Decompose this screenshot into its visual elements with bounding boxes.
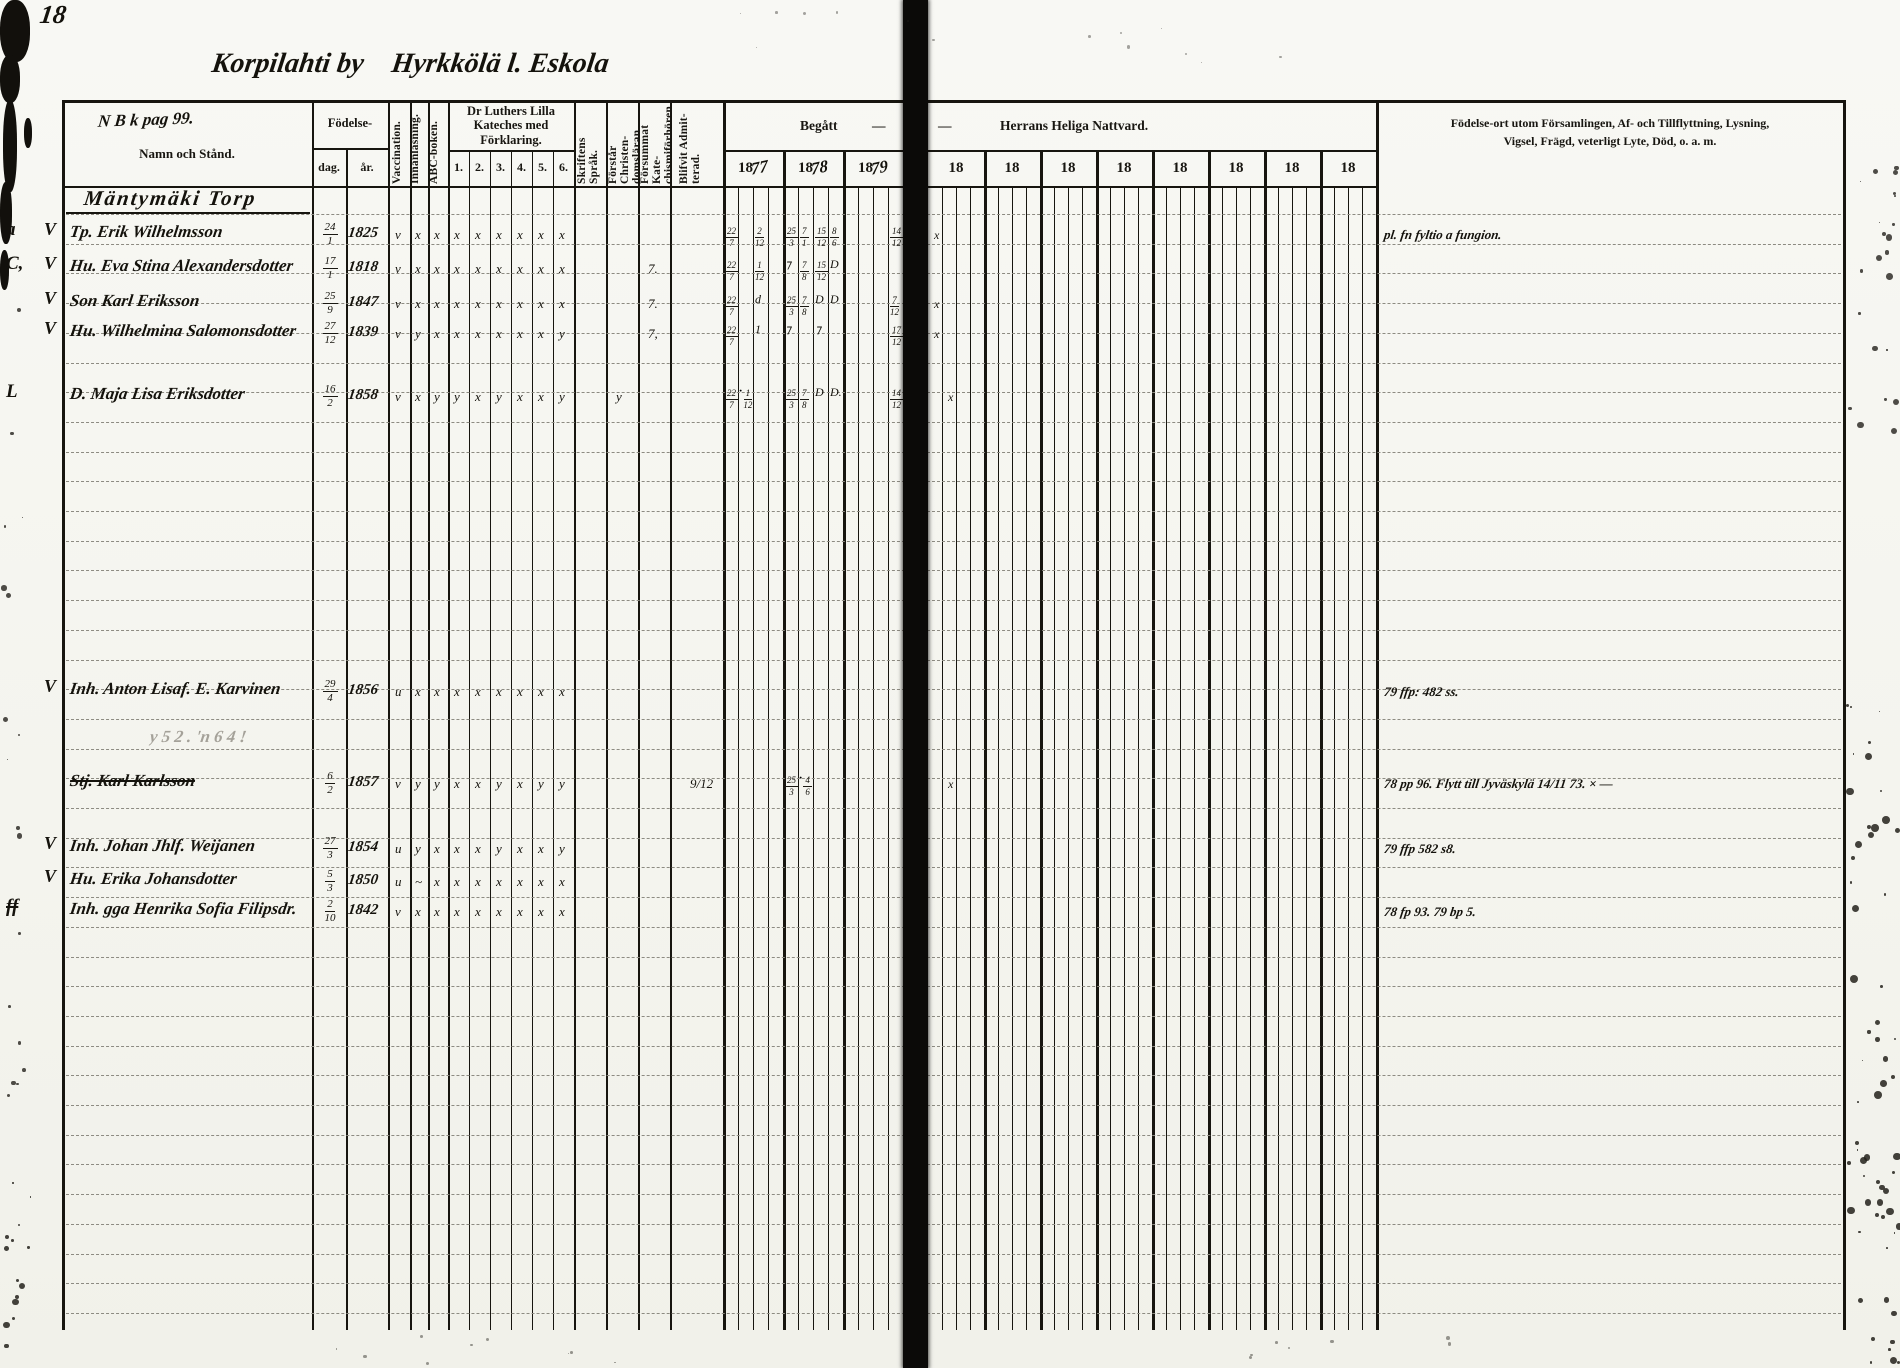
scan-speckle	[3, 1322, 9, 1328]
year-header-printed: 18	[1061, 160, 1076, 177]
examination-mark: y	[559, 326, 565, 342]
grid-line-vertical	[606, 100, 608, 1330]
examination-mark: x	[434, 227, 440, 243]
row-note: 78 pp 96. Flytt till Jyväskylä 14/11 73.…	[1383, 776, 1614, 792]
birth-day-value: 171	[316, 251, 344, 281]
row-ruling-line	[66, 600, 1841, 601]
year-header-cell: 1877	[723, 150, 783, 186]
row-name: Inh. Anton Lisaf. E. Karvinen	[69, 679, 282, 699]
year-header-cell: 1879	[843, 150, 903, 186]
examination-mark: x	[517, 776, 523, 792]
notes-header-line1: Födelse-ort utom Församlingen, Af- och T…	[1384, 114, 1836, 132]
scan-speckle	[1886, 1247, 1888, 1249]
scanned-parish-register-page: { "page": { "folio_number": "18", "title…	[0, 0, 1900, 1368]
grid-line-vertical	[448, 100, 450, 1330]
scan-speckle	[4, 1246, 9, 1251]
examination-mark: ~	[415, 874, 422, 890]
grid-line-vertical	[1166, 186, 1167, 1330]
communion-date-entry: ⁊	[815, 320, 821, 338]
scan-speckle	[16, 1279, 19, 1282]
year-header-cell: 18	[984, 150, 1040, 186]
row-name: Inh. gga Henrika Sofia Filipsdr.	[69, 899, 299, 919]
communion-date-entry: D	[830, 290, 839, 308]
catechism-line1: Dr Luthers Lilla	[448, 104, 574, 118]
column-header-vaccination: Vaccination.	[391, 106, 403, 184]
communion-date-entry: 1512	[815, 255, 828, 282]
birth-day-value: 62	[316, 766, 344, 796]
row-ruling-line	[66, 511, 1841, 512]
scan-speckle	[1161, 28, 1162, 29]
examination-mark: v	[395, 389, 401, 405]
grid-line-vertical	[1278, 186, 1279, 1330]
catechism-sub-header: 2.	[469, 160, 490, 175]
catechism-sub-header: 6.	[553, 160, 574, 175]
scan-speckle	[1858, 312, 1860, 314]
examination-mark: x	[454, 904, 460, 920]
row-ruling-line	[66, 1283, 1841, 1284]
margin-checkmark: V	[44, 219, 56, 240]
examination-mark: y	[559, 841, 565, 857]
scan-speckle	[11, 1081, 15, 1085]
scan-speckle	[1886, 273, 1893, 280]
examination-mark: x	[538, 904, 544, 920]
examination-mark: x	[559, 874, 565, 890]
examination-mark: x	[559, 904, 565, 920]
communion-date-entry: ⁊	[785, 255, 791, 273]
grid-line-vertical	[1264, 150, 1267, 1330]
year-header-script: 78	[810, 156, 828, 180]
scan-speckle	[1881, 1215, 1885, 1219]
grid-line-vertical	[1334, 186, 1335, 1330]
scan-speckle	[1893, 170, 1898, 175]
examination-mark: x	[517, 296, 523, 312]
scan-edge-artifact	[0, 182, 12, 244]
row-name: Tp. Erik Wilhelmsson	[69, 222, 224, 242]
row-note: pl. fn fyltio a fungion.	[1383, 227, 1503, 243]
grid-line-vertical	[1068, 186, 1069, 1330]
row-ruling-line	[66, 927, 1841, 928]
examination-mark: x	[538, 389, 544, 405]
birth-year-value: 1858	[347, 387, 379, 404]
scan-speckle	[12, 1299, 19, 1306]
grid-line-vertical	[843, 150, 846, 1330]
scan-speckle	[1850, 881, 1852, 883]
birth-year-value: 1839	[347, 324, 379, 341]
communion-date-entry: 227	[725, 221, 738, 248]
column-header-birth-day: dag.	[312, 160, 346, 175]
examination-mark: x	[559, 684, 565, 700]
grid-line-vertical	[638, 100, 640, 1330]
year-header-cell: 1878	[783, 150, 843, 186]
row-ruling-line	[66, 719, 1841, 720]
examination-mark: x	[454, 874, 460, 890]
communion-date-entry: 227·112	[725, 383, 752, 410]
scan-speckle	[1857, 422, 1863, 428]
scan-speckle	[1279, 56, 1282, 59]
examination-mark: x	[496, 227, 502, 243]
scan-speckle	[1893, 1153, 1900, 1160]
column-annotation-mark: 7.	[648, 261, 658, 277]
examination-mark: x	[454, 261, 460, 277]
scan-speckle	[1847, 1161, 1851, 1165]
examination-mark: x	[434, 904, 440, 920]
grid-line-vertical	[428, 103, 430, 1330]
notes-header-line2: Vigsel, Frägd, veterligt Lyte, Död, o. a…	[1384, 132, 1836, 150]
communion-date-entry: 1	[755, 320, 761, 338]
row-name: y 5 2 . 'n 6 4 !	[149, 727, 248, 747]
birth-day-value: 259	[316, 286, 344, 316]
after-fold-mark: x	[948, 388, 953, 406]
row-ruling-line	[66, 630, 1841, 631]
scan-speckle	[1446, 1336, 1450, 1340]
examination-mark: y	[538, 776, 544, 792]
row-ruling-line	[66, 1075, 1841, 1076]
examination-mark: x	[538, 326, 544, 342]
scan-speckle	[6, 593, 11, 598]
table-right-border	[1843, 100, 1846, 1330]
scan-speckle	[1872, 346, 1877, 351]
examination-mark: x	[454, 296, 460, 312]
catechism-sub-header: 3.	[490, 160, 511, 175]
examination-mark: x	[475, 389, 481, 405]
after-fold-mark: x	[934, 226, 939, 244]
column-header-catechism: Dr Luthers Lilla Kateches med Förklaring…	[448, 104, 574, 147]
catechism-sub-header: 5.	[532, 160, 553, 175]
birth-year-value: 1850	[347, 872, 379, 889]
examination-mark: v	[395, 261, 401, 277]
examination-mark: x	[496, 326, 502, 342]
communion-date-entry: 212	[755, 221, 764, 248]
year-header-printed: 18	[1285, 160, 1300, 177]
examination-mark: x	[475, 904, 481, 920]
column-header-birth-year: år.	[346, 160, 388, 175]
examination-mark: x	[496, 261, 502, 277]
examination-mark: v	[395, 227, 401, 243]
year-header-cell: 18	[1264, 150, 1320, 186]
communion-date-entry: 71	[800, 221, 809, 248]
communion-date-entry: 78	[800, 290, 809, 317]
scan-speckle	[1890, 1340, 1894, 1344]
grid-line-vertical	[1054, 186, 1055, 1330]
margin-checkmark: V	[44, 833, 56, 854]
birth-year-value: 1847	[347, 294, 379, 311]
scan-speckle	[470, 1344, 473, 1347]
scan-edge-artifact	[24, 118, 32, 148]
catechism-sub-header: 4.	[511, 160, 532, 175]
grid-line-vertical	[670, 100, 672, 1330]
examination-mark: y	[434, 776, 440, 792]
examination-mark: x	[475, 296, 481, 312]
row-name: Stj. Karl Karlsson	[69, 771, 197, 791]
scan-speckle	[1867, 1030, 1870, 1033]
scan-edge-artifact	[0, 250, 9, 290]
examination-mark: x	[517, 326, 523, 342]
scan-speckle	[1892, 223, 1894, 225]
grid-line-vertical	[1194, 186, 1195, 1330]
column-header-admitted: Blifvit Admit-terad.	[678, 106, 702, 184]
grid-line-vertical	[1040, 150, 1043, 1330]
examination-mark: x	[517, 904, 523, 920]
examination-mark: x	[475, 776, 481, 792]
year-header-cell: 18	[1208, 150, 1264, 186]
scan-speckle	[775, 11, 778, 14]
row-note: 78 fp 93. 79 bp 5.	[1383, 904, 1477, 920]
grid-line-vertical	[723, 100, 726, 1330]
grid-line-vertical	[1026, 186, 1027, 1330]
communion-date-entry: 253	[785, 383, 798, 410]
row-ruling-line	[66, 1135, 1841, 1136]
examination-mark: x	[415, 296, 421, 312]
scan-speckle	[18, 932, 21, 935]
year-header-printed: 18	[1005, 160, 1020, 177]
examination-mark: x	[475, 261, 481, 277]
examination-mark: y	[496, 841, 502, 857]
grid-line-vertical	[1138, 186, 1139, 1330]
grid-line-vertical	[1208, 150, 1211, 1330]
scan-speckle	[1884, 893, 1886, 895]
book-fold-shadow	[903, 0, 928, 1368]
row-ruling-line	[66, 749, 1841, 750]
birth-day-value: 2712	[316, 316, 344, 346]
row-ruling-line	[66, 1016, 1841, 1017]
grid-line-vertical	[410, 103, 412, 1330]
row-name: Hu. Wilhelmina Salomonsdotter	[69, 321, 298, 341]
birth-day-value: 273	[316, 831, 344, 861]
table-left-border	[62, 100, 65, 1330]
grid-line-vertical	[813, 186, 814, 1330]
scan-speckle	[932, 39, 934, 41]
examination-mark: x	[415, 684, 421, 700]
year-header-printed: 18	[1173, 160, 1188, 177]
grid-line-vertical	[532, 150, 533, 1330]
column-header-abc-book: ABC-boken.	[428, 106, 440, 184]
column-annotation-mark: y	[616, 389, 622, 405]
header-margin-note-script: N B k pag 99.	[97, 108, 195, 131]
row-ruling-line	[66, 808, 1841, 809]
column-header-notes: Födelse-ort utom Församlingen, Af- och T…	[1384, 114, 1836, 150]
examination-mark: u	[395, 841, 402, 857]
scan-speckle	[11, 1239, 14, 1242]
grid-line-vertical	[956, 186, 957, 1330]
grid-line-vertical	[312, 100, 314, 1330]
scan-speckle	[1888, 1348, 1891, 1351]
birth-day-value: 294	[316, 674, 344, 704]
row-ruling-line	[66, 363, 1841, 364]
row-ruling-line	[66, 986, 1841, 987]
examination-mark: x	[538, 227, 544, 243]
scan-speckle	[27, 1246, 29, 1248]
row-name: Hu. Erika Johansdotter	[69, 869, 239, 889]
examination-mark: x	[434, 296, 440, 312]
communion-date-entry: D.	[830, 383, 842, 401]
examination-mark: x	[559, 296, 565, 312]
page-title-script: Korpilahti by Hyrkkölä l. Eskola	[210, 48, 611, 80]
margin-mark-outer: ff	[6, 896, 18, 918]
communion-date-entry: 86	[830, 221, 839, 248]
communion-date-entry: 112	[755, 255, 764, 282]
grid-line-vertical	[798, 186, 799, 1330]
row-ruling-line	[66, 452, 1841, 453]
row-name: Inh. Johan Jhlf. Weijanen	[69, 836, 257, 856]
examination-mark: x	[496, 904, 502, 920]
grid-line-vertical	[738, 186, 739, 1330]
scan-speckle	[17, 833, 23, 839]
scan-paper-background	[0, 0, 1900, 1368]
examination-mark: x	[434, 874, 440, 890]
grid-line-vertical	[1124, 186, 1125, 1330]
scan-speckle	[1880, 985, 1883, 988]
grid-line-vertical	[1012, 186, 1013, 1330]
scan-speckle	[1858, 1298, 1863, 1303]
row-name: Hu. Eva Stina Alexandersdotter	[69, 256, 295, 276]
communion-date-entry: 712	[890, 290, 899, 317]
margin-checkmark: V	[44, 288, 56, 309]
examination-mark: x	[454, 841, 460, 857]
scan-speckle	[1875, 1037, 1880, 1042]
communion-header-begatt: Begått	[800, 118, 838, 134]
scan-speckle	[3, 717, 8, 722]
scan-speckle	[803, 12, 806, 15]
scan-speckle	[570, 1351, 573, 1354]
grid-line-vertical	[1082, 186, 1083, 1330]
examination-mark: x	[538, 684, 544, 700]
scan-speckle	[1850, 975, 1858, 983]
birth-subheader-divider	[312, 148, 388, 150]
grid-line-vertical	[574, 100, 576, 1330]
row-ruling-line	[66, 481, 1841, 482]
scan-speckle	[1, 585, 7, 591]
year-header-cell: 18	[1320, 150, 1376, 186]
grid-line-vertical	[511, 150, 512, 1330]
row-ruling-line	[66, 1313, 1841, 1314]
catechism-line3: Förklaring.	[448, 133, 574, 147]
birth-day-value: 241	[316, 217, 344, 247]
column-header-scripture: SkriftensSpråk.	[576, 106, 600, 184]
examination-mark: y	[415, 326, 421, 342]
scan-speckle	[1846, 788, 1853, 795]
margin-checkmark: V	[44, 253, 56, 274]
year-header-printed: 18	[1117, 160, 1132, 177]
examination-mark: v	[395, 326, 401, 342]
year-header-printed: 18	[949, 160, 964, 177]
row-ruling-line	[66, 214, 1841, 215]
examination-mark: u	[395, 684, 402, 700]
examination-mark: x	[415, 227, 421, 243]
communion-date-entry: D	[830, 255, 839, 273]
column-annotation-mark: 7.	[648, 296, 658, 312]
examination-mark: x	[475, 684, 481, 700]
scan-speckle	[12, 1317, 15, 1320]
examination-mark: y	[415, 841, 421, 857]
folio-number: 18	[38, 0, 68, 30]
grid-line-vertical	[1236, 186, 1237, 1330]
scan-speckle	[1864, 1154, 1871, 1161]
grid-line-vertical	[346, 148, 348, 1330]
scan-speckle	[1895, 828, 1900, 833]
grid-line-vertical	[768, 186, 769, 1330]
row-ruling-line	[66, 422, 1841, 423]
examination-mark: x	[517, 389, 523, 405]
scan-speckle	[1867, 825, 1871, 829]
grid-line-vertical	[1152, 150, 1155, 1330]
grid-line-vertical	[1250, 186, 1251, 1330]
scan-speckle	[4, 1344, 9, 1349]
scan-edge-artifact	[3, 100, 17, 192]
examination-mark: x	[517, 841, 523, 857]
birth-year-value: 1857	[347, 774, 379, 791]
examination-mark: v	[395, 776, 401, 792]
catechism-line2: Kateches med	[448, 118, 574, 132]
grid-line-vertical	[984, 150, 987, 1330]
examination-mark: x	[434, 841, 440, 857]
year-header-cell: 18	[1152, 150, 1208, 186]
grid-line-vertical	[873, 186, 874, 1330]
grid-line-vertical	[1180, 186, 1181, 1330]
examination-mark: x	[475, 227, 481, 243]
year-header-script: 79	[870, 156, 888, 180]
grid-line-vertical	[1320, 150, 1323, 1330]
margin-checkmark: V	[44, 318, 56, 339]
scan-speckle	[836, 11, 838, 13]
examination-mark: x	[434, 326, 440, 342]
scan-speckle	[4, 525, 7, 528]
grid-line-vertical	[998, 186, 999, 1330]
communion-date-entry: 253	[785, 221, 798, 248]
margin-mark-outer: L	[6, 381, 18, 403]
birth-day-value: 162	[316, 379, 344, 409]
examination-mark: x	[454, 326, 460, 342]
examination-mark: x	[538, 874, 544, 890]
scan-speckle	[18, 734, 20, 736]
scan-speckle	[1894, 195, 1896, 197]
row-ruling-line	[66, 1046, 1841, 1047]
scan-speckle	[1884, 398, 1886, 400]
examination-mark: x	[538, 296, 544, 312]
examination-mark: y	[415, 776, 421, 792]
examination-mark: x	[454, 684, 460, 700]
scan-speckle	[16, 1083, 19, 1086]
row-ruling-line	[66, 570, 1841, 571]
examination-mark: v	[395, 904, 401, 920]
column-annotation-mark: 9/12	[690, 776, 713, 792]
row-ruling-line	[66, 1105, 1841, 1106]
communion-date-entry: D	[815, 383, 824, 401]
grid-line-vertical	[469, 150, 470, 1330]
grid-line-vertical	[858, 186, 859, 1330]
examination-mark: x	[475, 841, 481, 857]
scan-speckle	[1871, 824, 1879, 832]
notes-column-border	[1376, 100, 1379, 1330]
examination-mark: x	[538, 261, 544, 277]
examination-mark: x	[434, 261, 440, 277]
scan-speckle	[1855, 1141, 1859, 1145]
grid-line-vertical	[753, 186, 754, 1330]
examination-mark: x	[559, 227, 565, 243]
communion-header-nattvard: Herrans Heliga Nattvard.	[1000, 118, 1148, 134]
row-name: Son Karl Eriksson	[69, 291, 201, 311]
examination-mark: x	[454, 227, 460, 243]
communion-date-entry: 1512	[815, 221, 828, 248]
examination-mark: x	[434, 684, 440, 700]
grid-line-vertical	[1348, 186, 1349, 1330]
communion-header-dash-right: —	[938, 118, 952, 134]
communion-header-dash-left: —	[872, 118, 886, 134]
grid-line-vertical	[970, 186, 971, 1330]
scan-speckle	[16, 826, 20, 830]
row-note: 79 ffp: 482 ss.	[1383, 684, 1460, 700]
scan-speckle	[1886, 349, 1887, 350]
communion-date-entry: 1412	[890, 221, 903, 248]
